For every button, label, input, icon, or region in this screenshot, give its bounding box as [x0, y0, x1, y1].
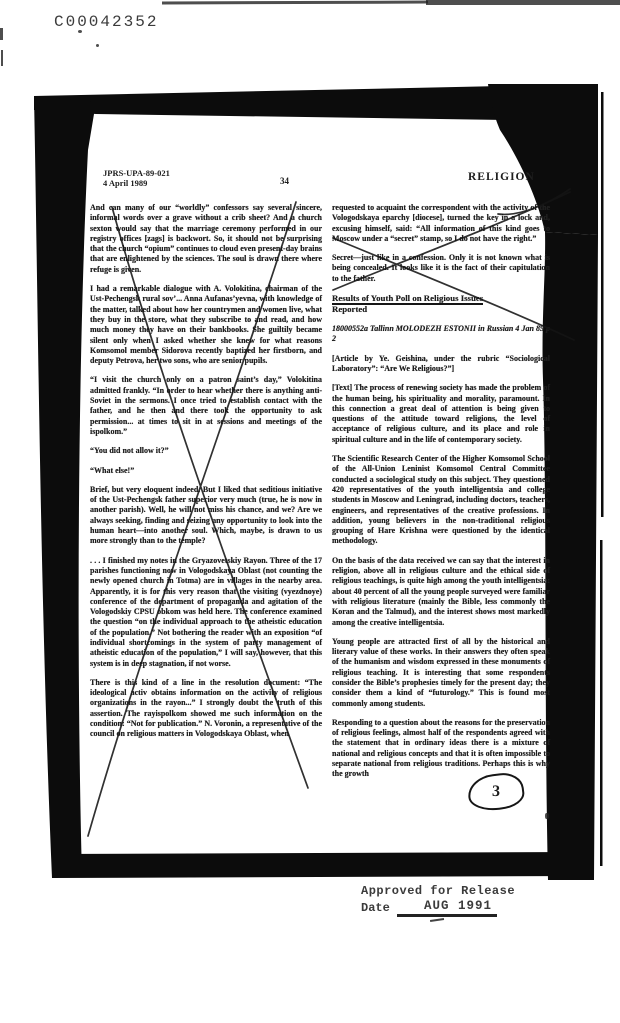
ink-speck — [96, 44, 99, 47]
scan-edge-mark — [0, 28, 3, 40]
release-stamp-title: Approved for Release — [361, 884, 515, 898]
paragraph: The Scientific Research Center of the Hi… — [332, 454, 550, 547]
article-source-line: 18000552a Tallinn MOLODEZH ESTONII in Ru… — [332, 324, 550, 345]
scan-edge-line — [162, 1, 428, 5]
paragraph: “I visit the church only on a patron sai… — [90, 375, 322, 437]
release-stamp-tick — [430, 918, 444, 921]
paragraph: Responding to a question about the reaso… — [332, 718, 550, 780]
scan-edge-line — [426, 0, 620, 5]
paragraph: requested to acquaint the correspondent … — [332, 203, 550, 244]
release-stamp-date-label: Date — [361, 901, 390, 915]
paragraph: There is this kind of a line in the reso… — [90, 678, 322, 740]
paragraph: Brief, but very eloquent indeed. But I l… — [90, 485, 322, 547]
handwritten-number: 3 — [492, 783, 501, 801]
paragraph: Young people are attracted first of all … — [332, 637, 550, 709]
ink-speck — [78, 30, 82, 33]
paragraph: I had a remarkable dialogue with A. Volo… — [90, 284, 322, 366]
page-number: 34 — [280, 176, 289, 186]
paragraph: And can many of our “worldly” confessors… — [90, 203, 322, 275]
paragraph: . . . I finished my notes in the Gryazov… — [90, 556, 322, 669]
article-byline: [Article by Ye. Geishina, under the rubr… — [332, 354, 550, 375]
paragraph: “You did not allow it?” — [90, 446, 322, 456]
release-stamp-date-value: AUG 1991 — [424, 899, 492, 913]
page-header-publication: JPRS-UPA-89-021 4 April 1989 — [103, 168, 170, 188]
publication-date: 4 April 1989 — [103, 178, 170, 188]
paragraph: On the basis of the data received we can… — [332, 556, 550, 628]
ink-speck — [545, 813, 549, 819]
article-heading: Results of Youth Poll on Religious Issue… — [332, 293, 550, 315]
release-stamp-underline — [397, 914, 497, 917]
left-column: And can many of our “worldly” confessors… — [90, 203, 322, 749]
right-column: requested to acquaint the correspondent … — [332, 203, 550, 789]
publication-id: JPRS-UPA-89-021 — [103, 168, 170, 178]
paragraph: Secret—just like in a confession. Only i… — [332, 253, 550, 284]
paragraph: “What else!” — [90, 466, 322, 476]
paragraph: [Text] The process of renewing society h… — [332, 383, 550, 445]
scan-edge-mark — [1, 50, 3, 66]
section-title: RELIGION — [468, 171, 535, 183]
document-id: C00042352 — [54, 13, 158, 31]
article-heading-line2: Reported — [332, 304, 367, 314]
